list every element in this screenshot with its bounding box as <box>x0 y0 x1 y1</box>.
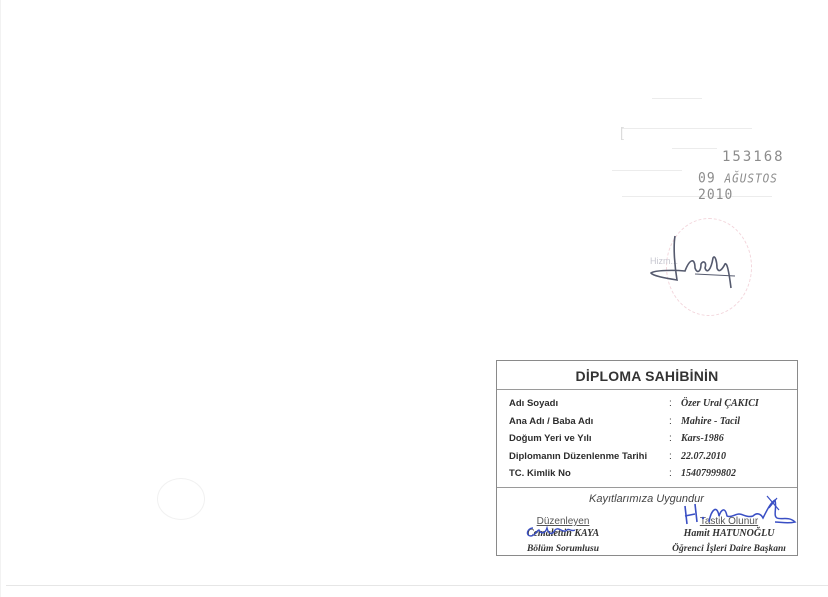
info-value: 15407999802 <box>681 468 736 479</box>
signer-prepared-by: Düzenleyen Cemalettin KAYA Bölüm Sorumlu… <box>515 516 611 554</box>
signer-name: Hamit HATUNOĞLU <box>663 528 795 539</box>
info-value: Özer Ural ÇAKICI <box>681 398 759 409</box>
info-value: 22.07.2010 <box>681 451 726 462</box>
signer-name: Cemalettin KAYA <box>515 528 611 539</box>
owner-info-list: Adı Soyadı : Özer Ural ÇAKICI Ana Adı / … <box>497 390 797 488</box>
info-label: Adı Soyadı <box>509 398 669 409</box>
info-separator: : <box>669 433 681 444</box>
scan-page-edge <box>6 585 828 586</box>
info-separator: : <box>669 416 681 427</box>
info-row-birth: Doğum Yeri ve Yılı : Kars-1986 <box>509 430 797 448</box>
scan-left-edge <box>0 0 1 597</box>
faint-circle-mark <box>157 478 205 520</box>
info-label: TC. Kimlik No <box>509 468 669 479</box>
info-label: Ana Adı / Baba Adı <box>509 416 669 427</box>
signer-role: Düzenleyen <box>515 516 611 527</box>
signer-title: Bölüm Sorumlusu <box>515 544 611 554</box>
info-row-name: Adı Soyadı : Özer Ural ÇAKICI <box>509 395 797 413</box>
received-number: 153168 <box>722 149 785 165</box>
received-date-month: AĞUSTOS <box>724 172 777 186</box>
info-value: Mahire - Tacil <box>681 416 740 427</box>
signer-title: Öğrenci İşleri Daire Başkanı <box>663 544 795 554</box>
info-row-parents: Ana Adı / Baba Adı : Mahire - Tacil <box>509 413 797 431</box>
info-separator: : <box>669 468 681 479</box>
received-date-day: 09 <box>698 171 716 188</box>
received-stamp: [ 153168 09 AĞUSTOS 2010 <box>612 88 812 208</box>
info-row-id-number: TC. Kimlik No : 15407999802 <box>509 465 797 483</box>
approval-note: Kayıtlarımıza Uygundur <box>589 493 704 505</box>
info-separator: : <box>669 398 681 409</box>
info-label: Doğum Yeri ve Yılı <box>509 433 669 444</box>
approval-section: Kayıtlarımıza Uygundur Düzenleyen Cemale… <box>497 488 797 562</box>
info-label: Diplomanın Düzenlenme Tarihi <box>509 451 669 462</box>
signer-role: Tastik Olunur <box>663 516 795 527</box>
info-value: Kars-1986 <box>681 433 724 444</box>
info-row-issue-date: Diplomanın Düzenlenme Tarihi : 22.07.201… <box>509 448 797 466</box>
diploma-owner-box: DİPLOMA SAHİBİNİN Adı Soyadı : Özer Ural… <box>496 360 798 556</box>
received-date-year: 2010 <box>698 187 733 204</box>
signature-icon <box>645 228 745 298</box>
diploma-box-title: DİPLOMA SAHİBİNİN <box>497 361 797 390</box>
signer-approved-by: Tastik Olunur Hamit HATUNOĞLU Öğrenci İş… <box>663 516 795 554</box>
received-date: 09 AĞUSTOS 2010 <box>698 171 812 204</box>
info-separator: : <box>669 451 681 462</box>
